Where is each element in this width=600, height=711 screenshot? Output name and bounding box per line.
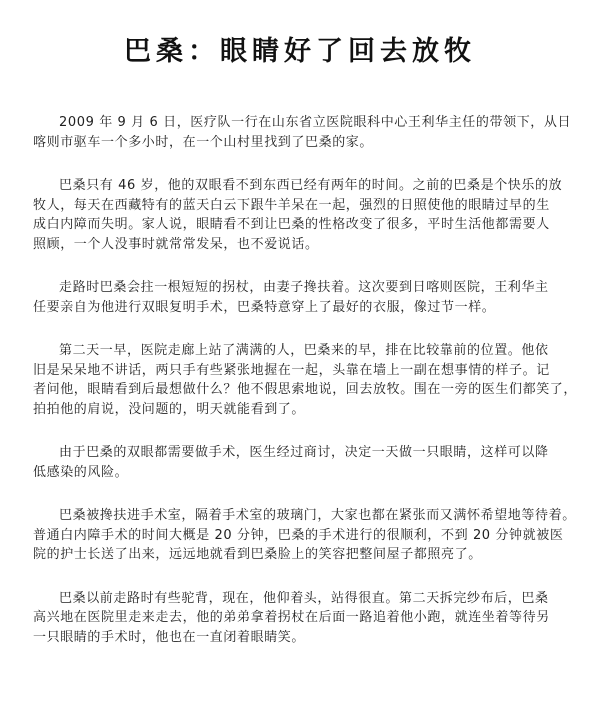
- paragraph-6: 巴桑被搀扶进手术室，隔着手术室的玻璃门，大家也都在紧张而又满怀希望地等待着。 普…: [33, 506, 578, 565]
- paragraph-2: 巴桑只有 46 岁，他的双眼看不到东西已经有两年的时间。之前的巴桑是个快乐的放 …: [33, 176, 578, 254]
- text-line: 低感染的风险。: [33, 463, 578, 483]
- text-line: 任要亲自为他进行双眼复明手术，巴桑特意穿上了最好的衣服，像过节一样。: [33, 298, 578, 318]
- text-line: 照顾，一个人没事时就常常发呆，也不爱说话。: [33, 235, 578, 255]
- text-line: 者问他，眼睛看到后最想做什么？他不假思索地说，回去放牧。围在一旁的医生们都笑了，: [33, 380, 578, 400]
- paragraph-5: 由于巴桑的双眼都需要做手术，医生经过商讨，决定一天做一只眼睛，这样可以降 低感染…: [33, 443, 578, 482]
- text-line: 院的护士长送了出来，远远地就看到巴桑脸上的笑容把整间屋子都照亮了。: [33, 545, 578, 565]
- article-title: 巴桑：眼睛好了回去放牧: [0, 34, 600, 70]
- text-line: 2009 年 9 月 6 日，医疗队一行在山东省立医院眼科中心王利华主任的带领下…: [33, 113, 578, 133]
- article-body: 2009 年 9 月 6 日，医疗队一行在山东省立医院眼科中心王利华主任的带领下…: [33, 113, 578, 671]
- text-line: 巴桑只有 46 岁，他的双眼看不到东西已经有两年的时间。之前的巴桑是个快乐的放: [33, 176, 578, 196]
- text-line: 走路时巴桑会拄一根短短的拐杖，由妻子搀扶着。这次要到日喀则医院，王利华主: [33, 278, 578, 298]
- paragraph-4: 第二天一早，医院走廊上站了满满的人，巴桑来的早，排在比较靠前的位置。他依 旧是呆…: [33, 341, 578, 419]
- paragraph-3: 走路时巴桑会拄一根短短的拐杖，由妻子搀扶着。这次要到日喀则医院，王利华主 任要亲…: [33, 278, 578, 317]
- text-line: 拍拍他的肩说，没问题的，明天就能看到了。: [33, 400, 578, 420]
- text-line: 普通白内障手术的时间大概是 20 分钟，巴桑的手术进行的很顺利，不到 20 分钟…: [33, 526, 578, 546]
- text-line: 高兴地在医院里走来走去，他的弟弟拿着拐杖在后面一路追着他小跑，就连坐着等待另: [33, 608, 578, 628]
- document-page: 巴桑：眼睛好了回去放牧 2009 年 9 月 6 日，医疗队一行在山东省立医院眼…: [0, 0, 600, 711]
- text-line: 喀则市驱车一个多小时，在一个山村里找到了巴桑的家。: [33, 133, 578, 153]
- text-line: 一只眼睛的手术时，他也在一直闭着眼睛笑。: [33, 628, 578, 648]
- text-line: 第二天一早，医院走廊上站了满满的人，巴桑来的早，排在比较靠前的位置。他依: [33, 341, 578, 361]
- text-line: 巴桑被搀扶进手术室，隔着手术室的玻璃门，大家也都在紧张而又满怀希望地等待着。: [33, 506, 578, 526]
- text-line: 由于巴桑的双眼都需要做手术，医生经过商讨，决定一天做一只眼睛，这样可以降: [33, 443, 578, 463]
- text-line: 成白内障而失明。家人说，眼睛看不到让巴桑的性格改变了很多，平时生活他都需要人: [33, 215, 578, 235]
- text-line: 牧人，每天在西藏特有的蓝天白云下跟牛羊呆在一起，强烈的日照使他的眼睛过早的生: [33, 196, 578, 216]
- text-line: 巴桑以前走路时有些驼背，现在，他仰着头，站得很直。第二天拆完纱布后，巴桑: [33, 589, 578, 609]
- paragraph-7: 巴桑以前走路时有些驼背，现在，他仰着头，站得很直。第二天拆完纱布后，巴桑 高兴地…: [33, 589, 578, 648]
- paragraph-1: 2009 年 9 月 6 日，医疗队一行在山东省立医院眼科中心王利华主任的带领下…: [33, 113, 578, 152]
- text-line: 旧是呆呆地不讲话，两只手有些紧张地握在一起，头靠在墙上一副在想事情的样子。记: [33, 361, 578, 381]
